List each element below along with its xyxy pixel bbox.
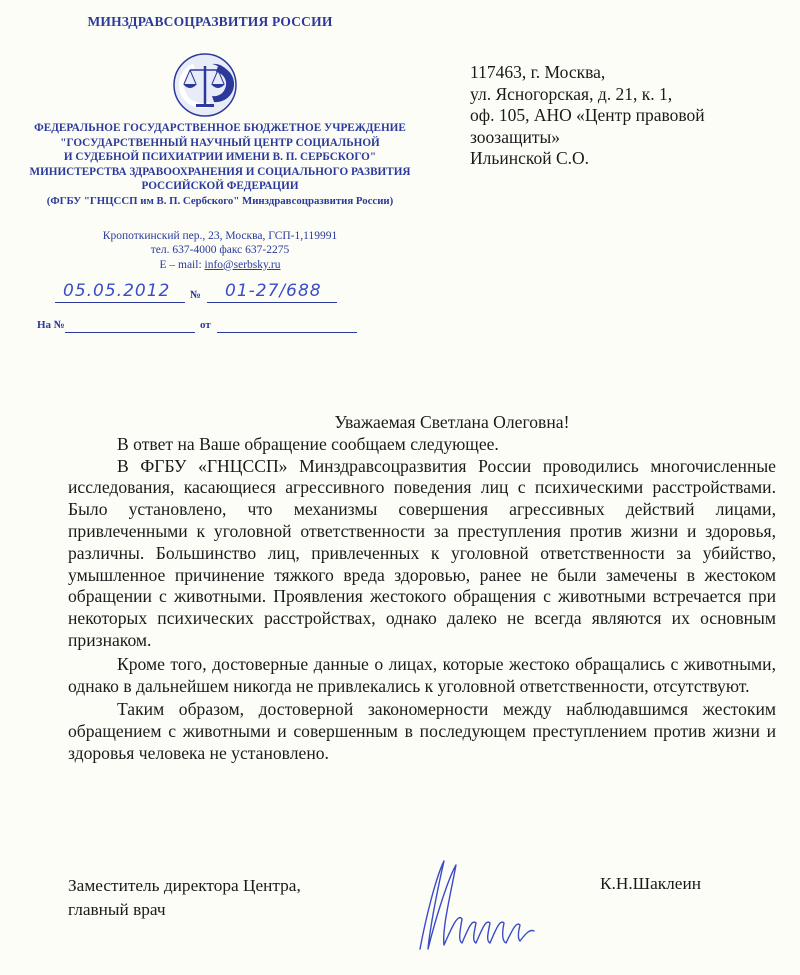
registration-line: 05.05.2012 № 01-27/688 (55, 283, 335, 303)
email-line: E – mail: info@serbsky.ru (20, 258, 420, 272)
email-label: E – mail: (159, 259, 204, 271)
handwritten-signature-icon (408, 857, 548, 957)
institution-line: И СУДЕБНОЙ ПСИХИАТРИИ ИМЕНИ В. П. СЕРБСК… (20, 150, 420, 165)
postal-address: Кропоткинский пер., 23, Москва, ГСП-1,11… (20, 229, 420, 243)
email-link[interactable]: info@serbsky.ru (205, 259, 281, 271)
paragraph: Таким образом, достоверной закономерност… (68, 699, 776, 764)
institution-line: "ГОСУДАРСТВЕННЫЙ НАУЧНЫЙ ЦЕНТР СОЦИАЛЬНО… (20, 136, 420, 151)
ministry-name: МИНЗДРАВСОЦРАЗВИТИЯ РОССИИ (60, 14, 360, 30)
institution-block: ФЕДЕРАЛЬНОЕ ГОСУДАРСТВЕННОЕ БЮДЖЕТНОЕ УЧ… (20, 121, 420, 208)
reply-date-blank (217, 332, 357, 333)
contacts-block: Кропоткинский пер., 23, Москва, ГСП-1,11… (20, 229, 420, 272)
institution-line: РОССИЙСКОЙ ФЕДЕРАЦИИ (20, 179, 420, 194)
reply-number-label: На № (37, 319, 65, 331)
recipient-line: 117463, г. Москва, (470, 62, 780, 84)
signatory-name: К.Н.Шаклеин (600, 874, 701, 894)
reply-from-label: от (200, 319, 211, 331)
signatory-position: Заместитель директора Центра, главный вр… (68, 874, 301, 922)
registration-date: 05.05.2012 (63, 281, 170, 301)
institution-line: МИНИСТЕРСТВА ЗДРАВООХРАНЕНИЯ И СОЦИАЛЬНО… (20, 165, 420, 180)
institution-abbreviation: (ФГБУ "ГНЦССП им В. П. Сербского" Минздр… (20, 194, 420, 209)
letter-body: Уважаемая Светлана Олеговна! В ответ на … (68, 412, 776, 765)
position-line: Заместитель директора Центра, (68, 874, 301, 898)
position-line: главный врач (68, 898, 301, 922)
reply-number-blank (65, 332, 195, 333)
paragraph: В ответ на Ваше обращение сообщаем следу… (68, 434, 776, 456)
paragraph: Кроме того, достоверные данные о лицах, … (68, 654, 776, 698)
recipient-line: зоозащиты» (470, 127, 780, 149)
registration-number: 01-27/688 (225, 281, 322, 301)
scales-of-justice-emblem-icon (172, 52, 238, 118)
recipient-line: ул. Ясногорская, д. 21, к. 1, (470, 84, 780, 106)
recipient-line: Ильинской С.О. (470, 148, 780, 170)
reply-reference-line: На № от (37, 319, 357, 335)
institution-line: ФЕДЕРАЛЬНОЕ ГОСУДАРСТВЕННОЕ БЮДЖЕТНОЕ УЧ… (20, 121, 420, 136)
paragraph: В ФГБУ «ГНЦССП» Минздравсоцразвития Росс… (68, 456, 776, 652)
salutation: Уважаемая Светлана Олеговна! (128, 412, 776, 434)
number-underline (207, 302, 337, 303)
recipient-line: оф. 105, АНО «Центр правовой (470, 105, 780, 127)
recipient-address: 117463, г. Москва, ул. Ясногорская, д. 2… (470, 62, 780, 170)
date-underline (55, 302, 185, 303)
phone-fax: тел. 637-4000 факс 637-2275 (20, 243, 420, 257)
registration-number-label: № (190, 289, 201, 301)
